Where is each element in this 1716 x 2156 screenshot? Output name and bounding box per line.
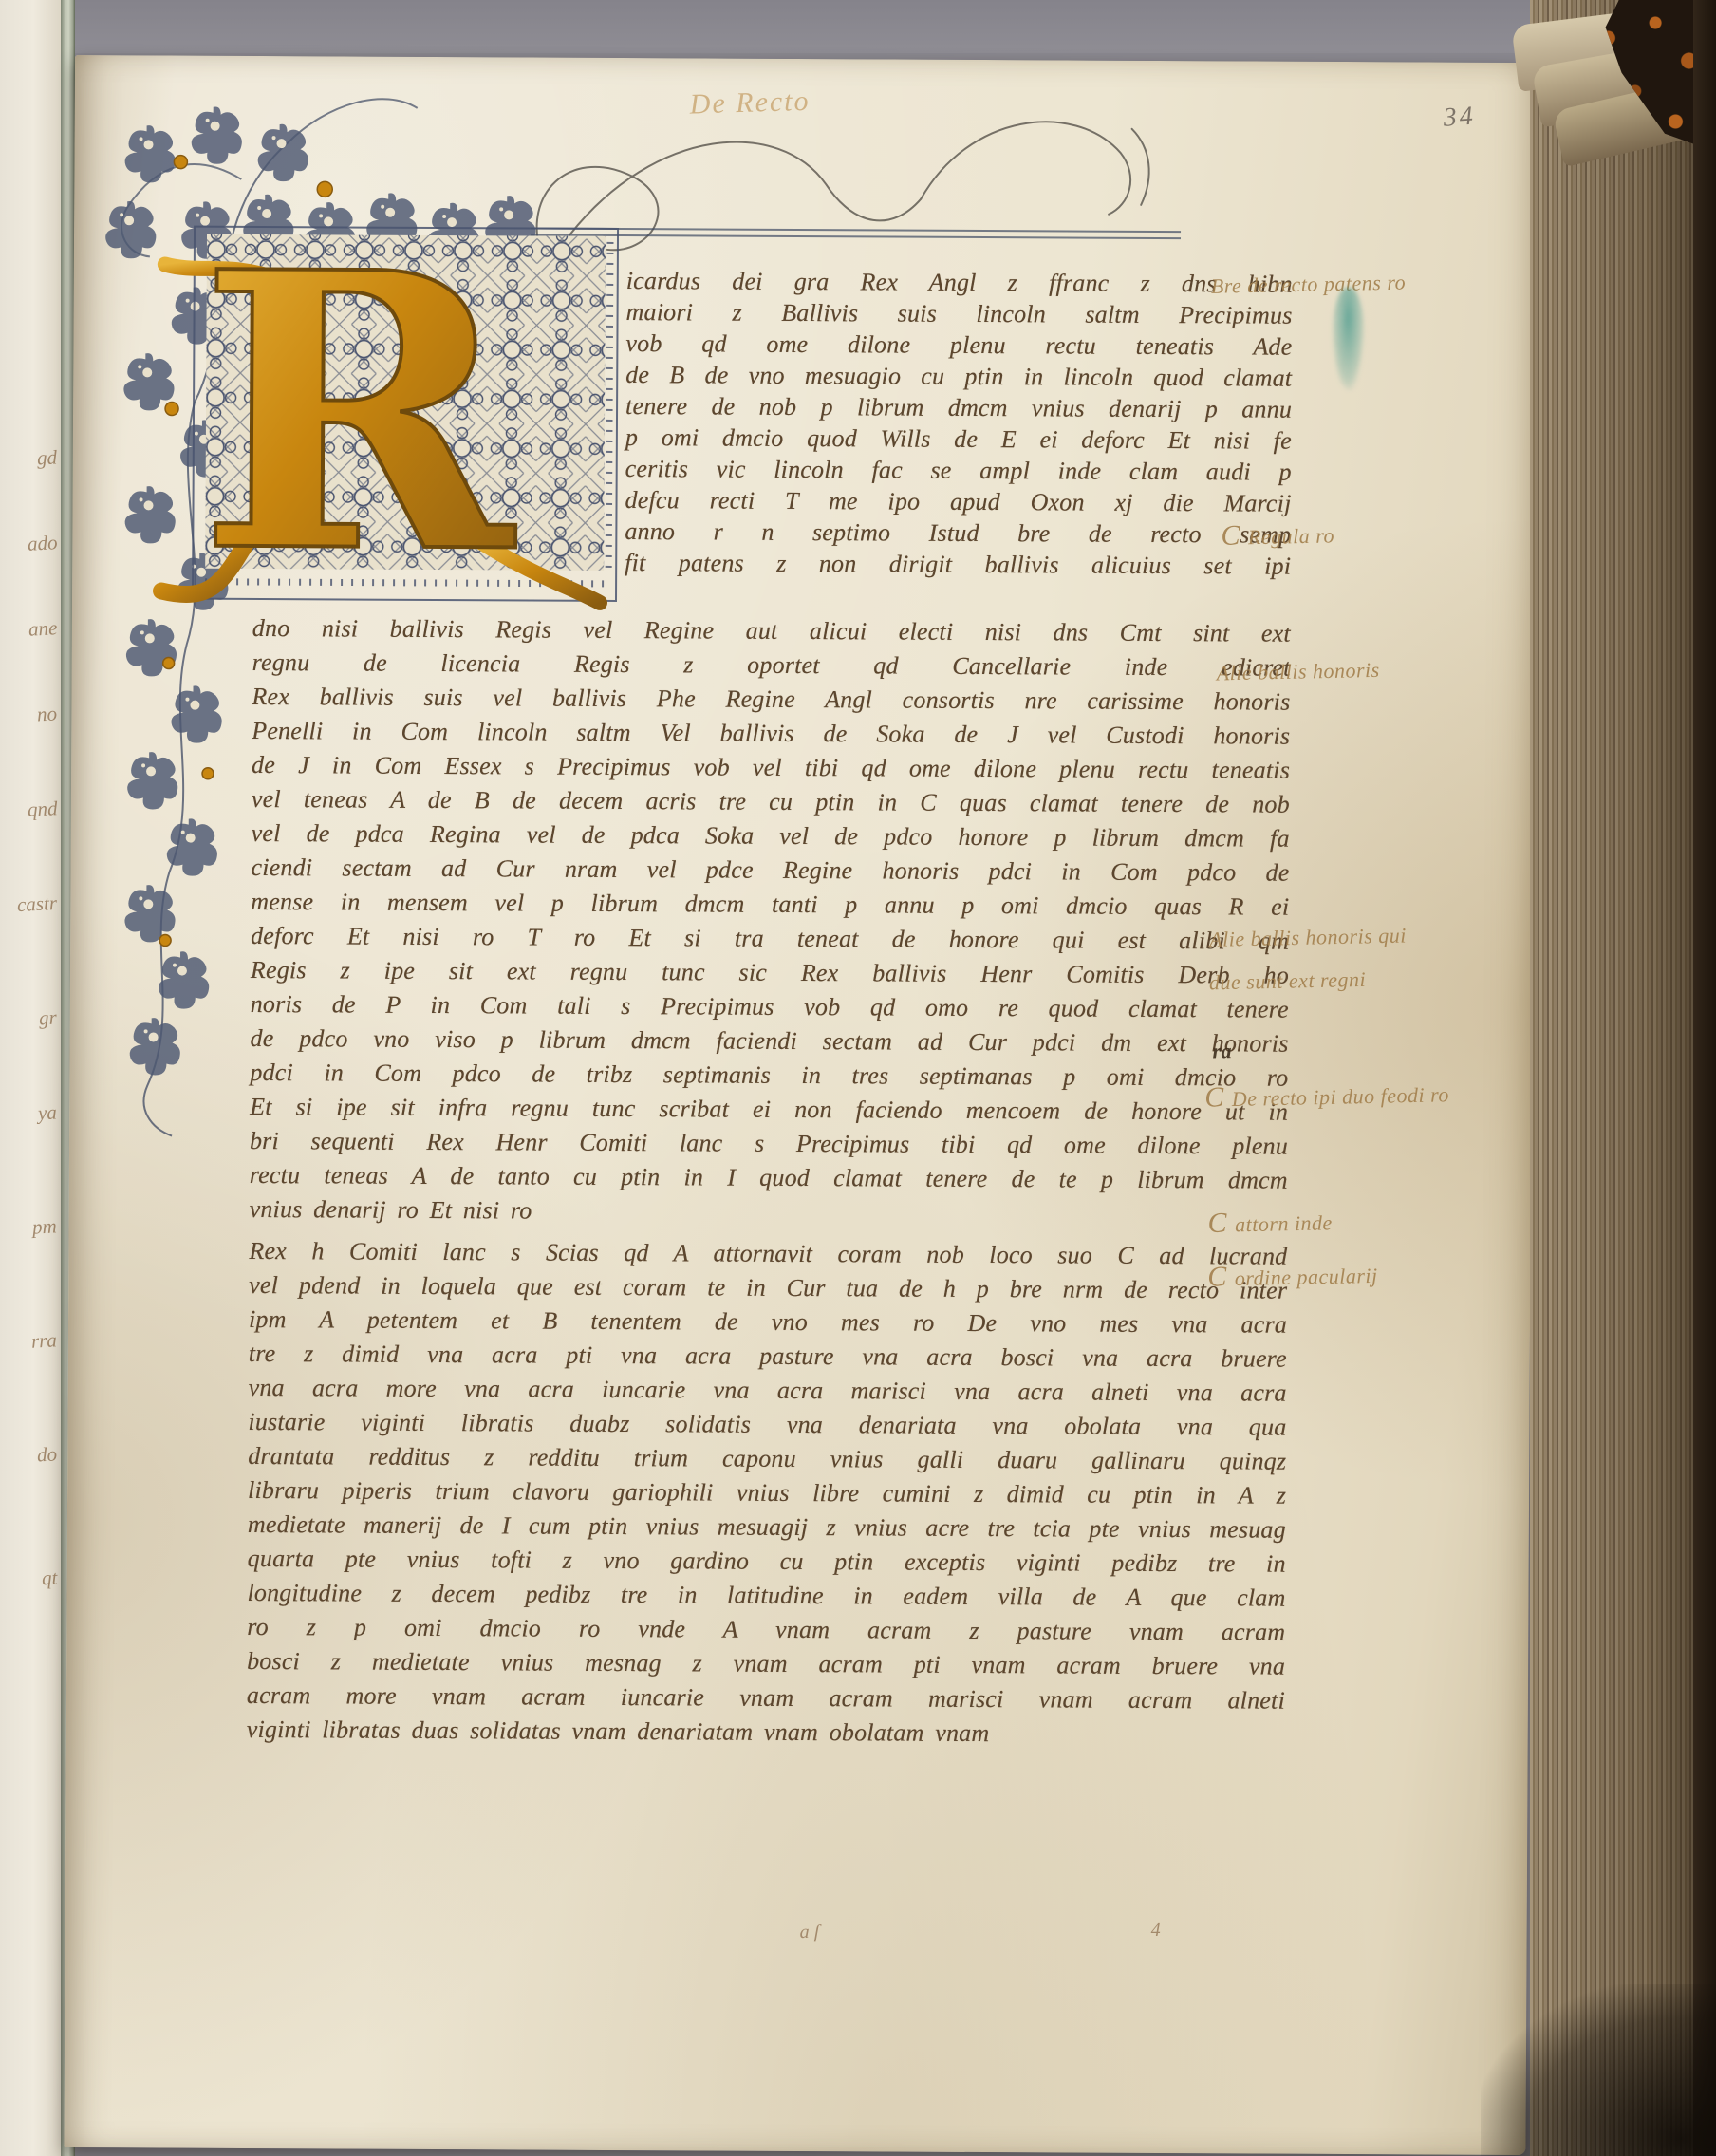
margin-note: Alie ballis honoris qui (1202, 918, 1407, 955)
text-line: quarta pte vnius tofti z vno gardino cu … (248, 1545, 1286, 1579)
text-line: medietate manerij de I cum ptin vnius me… (248, 1510, 1286, 1545)
margin-note: Bre de recto patens ro (1203, 265, 1406, 301)
text-line: de B de vno mesuagio cu ptin in lincoln … (625, 361, 1292, 393)
manuscript-photo: gd ado ane no qnd castr gr ya pm rra do … (0, 0, 1716, 2156)
showthrough-text: no (36, 702, 57, 726)
margin-note: CDe recto ipi duo feodi ro (1204, 1077, 1449, 1114)
paraph-mark: C (1207, 1208, 1227, 1239)
text-line: maiori z Ballivis suis lincoln saltm Pre… (626, 298, 1293, 330)
text-line: acram more vnam acram iuncarie vnam acra… (247, 1681, 1285, 1715)
text-line: tenere de nob p librum dmcm vnius denari… (625, 392, 1292, 424)
bottom-mark: a ſ (800, 1922, 820, 1943)
text-line: de J in Com Essex s Precipimus vob vel t… (252, 751, 1290, 785)
paraph-mark: C (1207, 1261, 1227, 1292)
showthrough-text: qnd (27, 797, 58, 822)
text-line: tre z dimid vna acra pti vna acra pastur… (249, 1340, 1287, 1374)
text-line: Regis z ipe sit ext regnu tunc sic Rex b… (251, 956, 1289, 990)
bottom-corner-shadow (1481, 1984, 1716, 2156)
text-line: mense in mensem vel p librum dmcm tanti … (251, 888, 1289, 922)
text-line: fit patens z non dirigit ballivis alicui… (625, 549, 1291, 581)
margin-note: Cattorn inde (1207, 1205, 1333, 1240)
text-line: vel de pdca Regina vel de pdca Soka vel … (252, 819, 1290, 853)
paraph-mark (1203, 269, 1203, 300)
manuscript-page: De Recto 34 (64, 55, 1537, 2155)
initial-letter: R (197, 190, 520, 638)
fore-edge-stack (1530, 0, 1699, 2156)
text-line: ro z p omi dmcio ro vnde A vnam acram z … (247, 1613, 1285, 1647)
text-line: rectu teneas A de tanto cu ptin in I quo… (250, 1161, 1288, 1195)
text-line: icardus dei gra Rex Angl z ffranc z dns … (626, 267, 1293, 299)
text-line: Rex h Comiti lanc s Scias qd A attornavi… (249, 1237, 1287, 1271)
showthrough-text: ya (38, 1100, 58, 1125)
teal-stain (1332, 288, 1365, 390)
margin-note: Alie ballis honoris (1208, 652, 1380, 688)
text-line: noris de P in Com tali s Precipimus vob … (251, 990, 1289, 1024)
showthrough-text: do (36, 1442, 57, 1467)
text-line: iustarie viginti libratis duabz solidati… (248, 1408, 1286, 1442)
text-line: viginti libratas duas solidatas vnam den… (247, 1715, 1285, 1750)
margin-note: due sunt ext regni (1202, 962, 1367, 998)
text-line: bri sequenti Rex Henr Comiti lanc s Prec… (250, 1127, 1288, 1161)
text-line: drantata redditus z redditu trium caponu… (248, 1442, 1286, 1476)
text-line: p omi dmcio quod Wills de E ei deforc Et… (625, 423, 1292, 456)
text-line: de pdco vno viso p librum dmcm faciendi … (250, 1024, 1288, 1059)
paraph-mark: C (1221, 519, 1240, 551)
showthrough-text: pm (32, 1214, 58, 1239)
text-line: libraru piperis trium clavoru gariophili… (248, 1476, 1286, 1510)
showthrough-text: qt (41, 1566, 58, 1591)
text-line: deforc Et nisi ro T ro Et si tra teneat … (251, 922, 1289, 956)
paraph-mark: C (1204, 1081, 1224, 1113)
margin-note: CRegula ro (1221, 517, 1334, 552)
text-line: anno r n septimo Istud bre de recto semp (625, 517, 1291, 550)
text-line: defcu recti T me ipo apud Oxon xj die Ma… (625, 486, 1291, 518)
text-line: ipm A petentem et B tenentem de vno mes … (249, 1305, 1287, 1340)
showthrough-text: ane (28, 616, 58, 642)
text-line: ceritis vic lincoln fac se ampl inde cla… (625, 455, 1292, 487)
text-line: Rex ballivis suis vel ballivis Phe Regin… (252, 683, 1290, 717)
text-line: pdci in Com pdco de tribz septimanis in … (250, 1059, 1288, 1093)
showthrough-text: ado (27, 531, 58, 556)
text-line: vna acra more vna acra iuncarie vna acra… (249, 1374, 1287, 1408)
text-line: vel teneas A de B de decem acris tre cu … (252, 785, 1290, 819)
facing-page-sliver: gd ado ane no qnd castr gr ya pm rra do … (0, 0, 61, 2156)
back-cover-edge (1693, 0, 1716, 2156)
text-line: Penelli in Com lincoln saltm Vel ballivi… (252, 717, 1290, 751)
text-line: vel pdend in loquela que est coram te in… (249, 1271, 1287, 1305)
showthrough-text: gd (36, 445, 57, 470)
paraph-mark (1208, 656, 1209, 687)
text-line: longitudine z decem pedibz tre in latitu… (247, 1579, 1285, 1613)
showthrough-text: gr (39, 1006, 58, 1031)
paraph-mark (1202, 965, 1203, 996)
text-line: dno nisi ballivis Regis vel Regine aut a… (252, 614, 1291, 648)
illuminated-initial: R (190, 225, 621, 609)
text-line: Et si ipe sit infra regnu tunc scribat e… (250, 1093, 1288, 1127)
text-line: ciendi sectam ad Cur nram vel pdce Regin… (251, 853, 1289, 888)
backdrop (0, 0, 1716, 53)
text-line: regnu de licencia Regis z oportet qd Can… (252, 648, 1291, 683)
folio-number: 34 (1443, 102, 1477, 134)
text-line: vnius denarij ro Et nisi ro (250, 1195, 1288, 1229)
text-line: bosci z medietate vnius mesnag z vnam ac… (247, 1647, 1285, 1681)
margin-note: ra (1212, 1039, 1232, 1063)
bottom-mark: 4 (1151, 1920, 1161, 1941)
paraph-mark (1202, 922, 1203, 953)
showthrough-text: castr (16, 891, 57, 917)
text-line: vob qd ome dilone plenu rectu teneatis A… (625, 329, 1292, 362)
margin-note: Cordine pacularij (1207, 1258, 1378, 1294)
showthrough-text: rra (31, 1328, 58, 1353)
